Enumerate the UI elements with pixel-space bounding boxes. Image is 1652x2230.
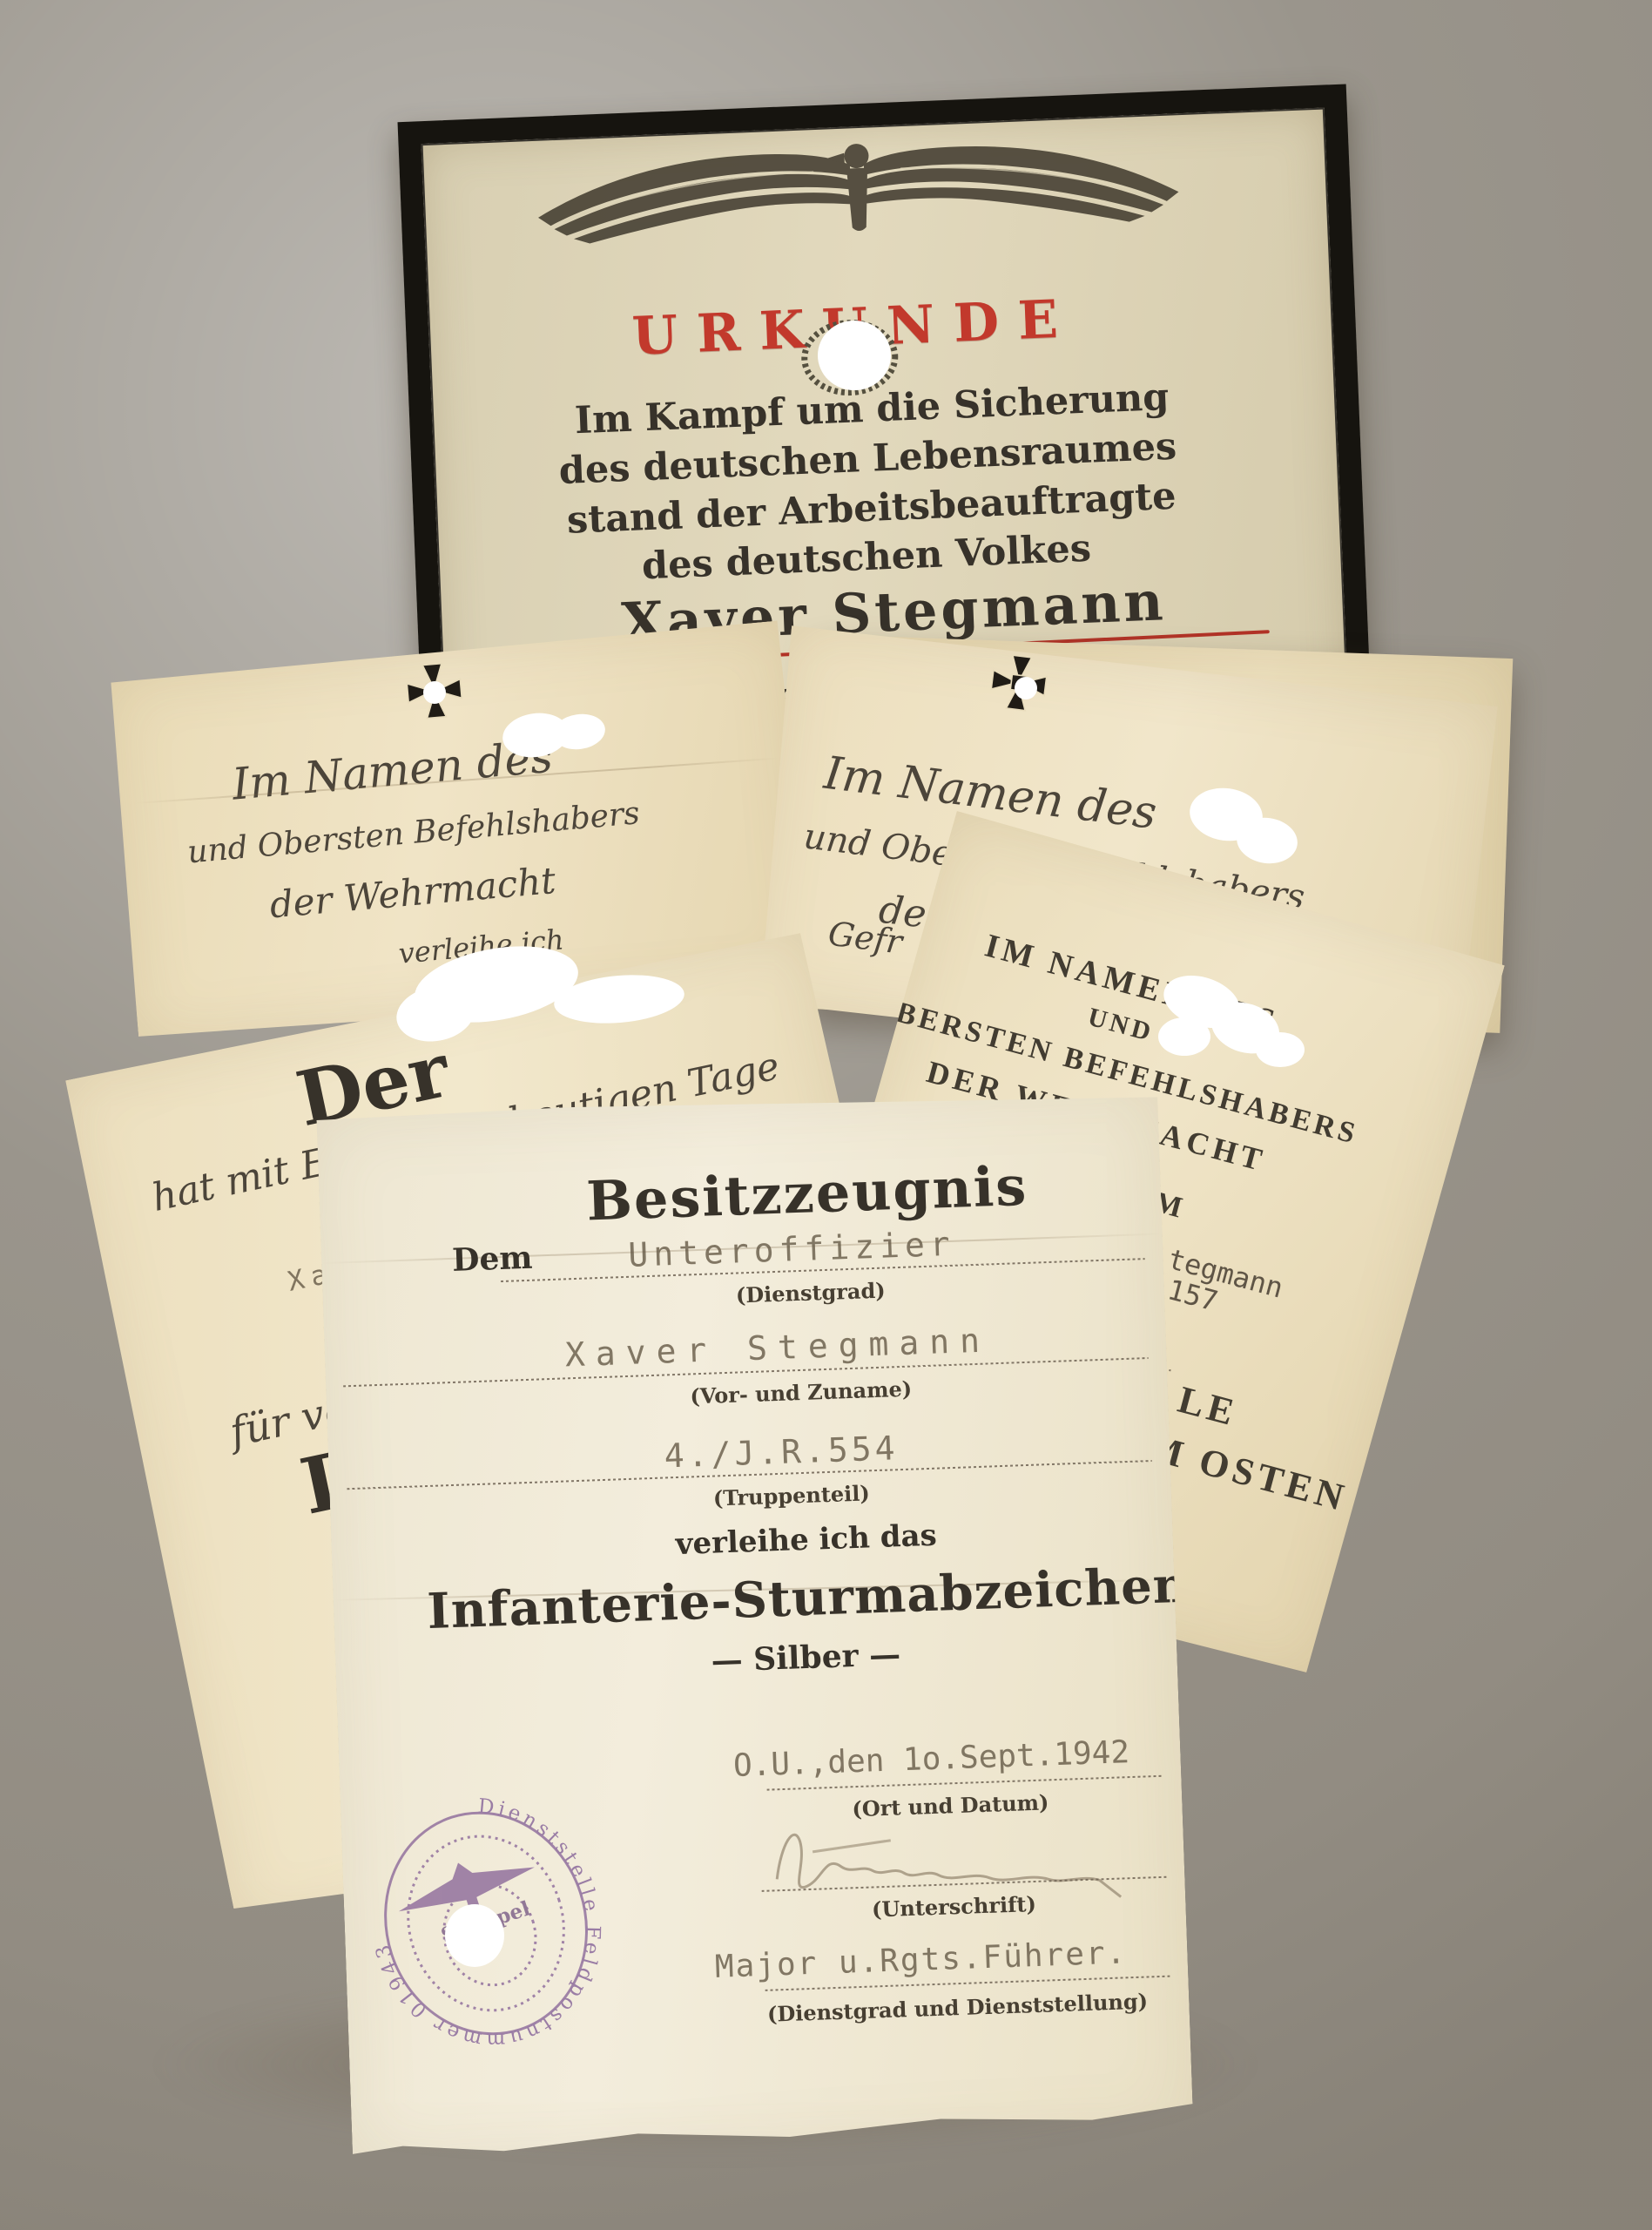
award-title: Infanterie-Sturmabzeichen (426, 1557, 1190, 1641)
field-label: (Dienstgrad) (735, 1278, 886, 1308)
cert-left-line: der Wehrmacht (268, 859, 557, 927)
photo-scene: URKUNDE Im Kampf um die Sicherung des de… (0, 0, 1652, 2230)
ostfront-fragment: M OSTEN (1142, 1424, 1352, 1521)
grant-line: verleihe ich das (675, 1518, 937, 1562)
unit-value: 4./J.R.554 (664, 1429, 899, 1475)
censor-blob (818, 321, 891, 390)
censor-blob (445, 1904, 504, 1967)
ostfront-line: UND (1084, 1003, 1156, 1049)
dem-label: Dem (451, 1240, 533, 1279)
eagle-icon (525, 117, 1190, 253)
besitzzeugnis-document: Besitzzeugnis Dem Unteroffizier (Dienstg… (316, 1087, 1193, 2163)
rank-label: (Dienstgrad und Dienststellung) (767, 1989, 1149, 2027)
ostfront-fragment: LE (1173, 1377, 1243, 1436)
date-value: O.U.,den 1o.Sept.1942 (732, 1734, 1129, 1784)
besitzzeugnis-title: Besitzzeugnis (585, 1154, 1028, 1233)
cert-right-fragment: Gefr (826, 915, 905, 962)
censor-blob (423, 681, 446, 704)
rank-line-value: Major u.Rgts.Führer. (714, 1935, 1128, 1984)
signature-label: (Unterschrift) (872, 1891, 1037, 1923)
censor-blob (1015, 677, 1037, 699)
field-label: (Truppenteil) (713, 1480, 871, 1510)
field-label: (Vor- und Zuname) (690, 1376, 913, 1409)
censor-blob (1158, 1017, 1210, 1056)
award-grade: — Silber — (711, 1636, 901, 1679)
censor-blob (1256, 1032, 1305, 1067)
